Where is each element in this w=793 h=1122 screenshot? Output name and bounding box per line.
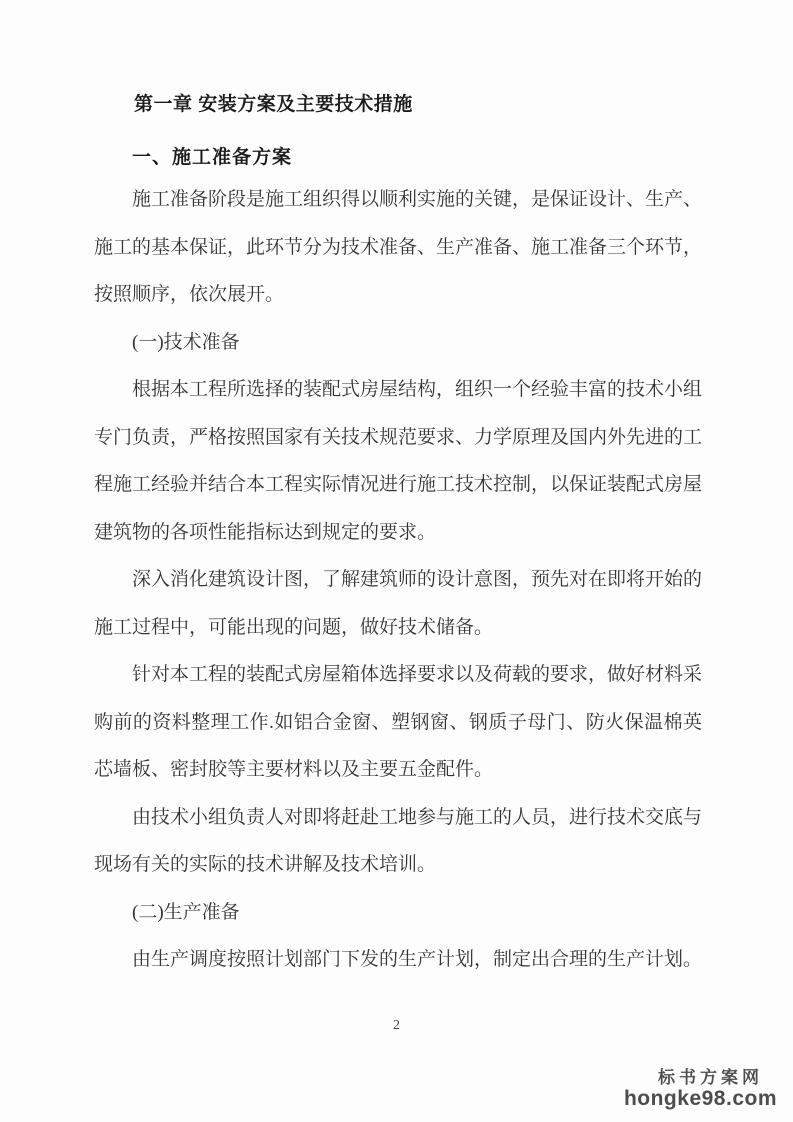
watermark-site-url: hongke98.com [624, 1088, 777, 1110]
paragraph-technical-prep-2: 深入消化建筑设计图，了解建筑师的设计意图，预先对在即将开始的施工过程中，可能出现… [94, 556, 702, 651]
page-number: 2 [393, 1018, 400, 1033]
paragraph-technical-prep-4: 由技术小组负责人对即将赶赴工地参与施工的人员，进行技术交底与现场有关的实际的技术… [94, 794, 702, 889]
section-heading: 一、施工准备方案 [94, 134, 702, 182]
subsection-heading-production-prep: (二)生产准备 [94, 889, 702, 937]
chapter-title: 第一章 安装方案及主要技术措施 [94, 81, 702, 129]
paragraph-technical-prep-1: 根据本工程所选择的装配式房屋结构，组织一个经验丰富的技术小组专门负责，严格按照国… [94, 366, 702, 556]
paragraph-production-prep: 由生产调度按照计划部门下发的生产计划，制定出合理的生产计划。 [94, 936, 702, 984]
paragraph-technical-prep-3: 针对本工程的装配式房屋箱体选择要求以及荷载的要求，做好材料采购前的资料整理工作.… [94, 651, 702, 794]
watermark-site-name: 标书方案网 [624, 1068, 777, 1088]
document-body: 第一章 安装方案及主要技术措施 一、施工准备方案 施工准备阶段是施工组织得以顺利… [94, 81, 702, 984]
site-watermark: 标书方案网 hongke98.com [624, 1068, 777, 1110]
page-footer: 2 [0, 1016, 793, 1036]
paragraph-intro: 施工准备阶段是施工组织得以顺利实施的关键，是保证设计、生产、施工的基本保证，此环… [94, 176, 702, 319]
subsection-heading-technical-prep: (一)技术准备 [94, 319, 702, 367]
document-page: 第一章 安装方案及主要技术措施 一、施工准备方案 施工准备阶段是施工组织得以顺利… [0, 0, 793, 1122]
